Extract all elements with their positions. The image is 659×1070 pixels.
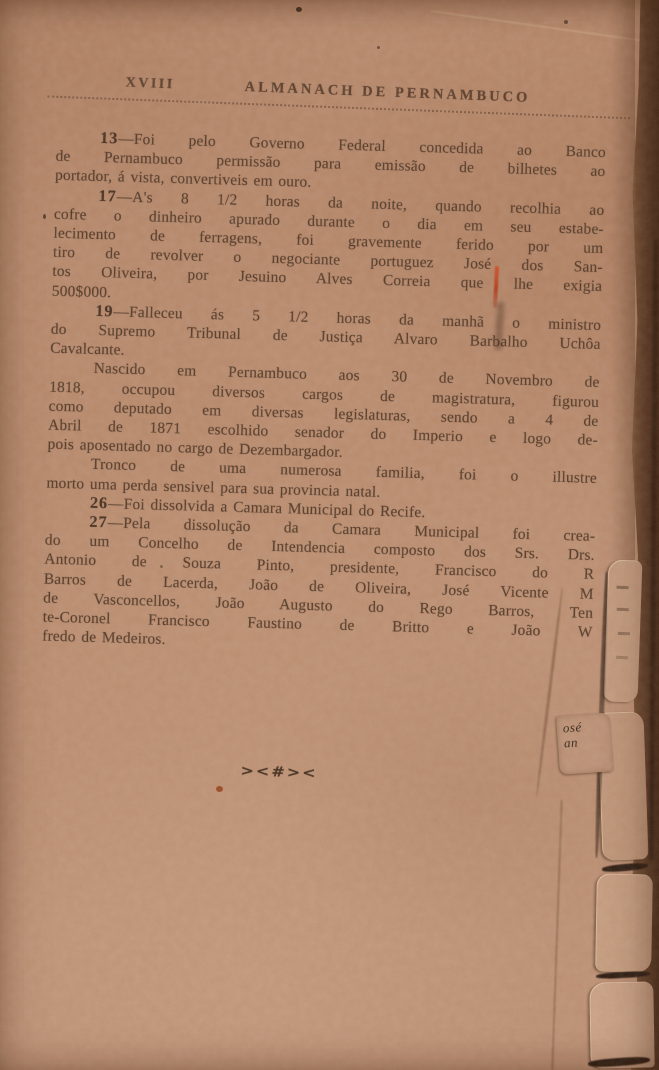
rust-speck	[216, 786, 223, 792]
torn-paper-layer	[604, 559, 643, 702]
speck	[43, 214, 46, 219]
speck	[377, 46, 380, 49]
page-number: XVIII	[125, 75, 175, 93]
section-ornament: ><#><	[240, 762, 331, 782]
entry-number: 13	[100, 129, 119, 148]
torn-text-fragment: osé an	[556, 712, 614, 775]
entry-number: 19	[95, 302, 114, 321]
printed-content: XVIII ALMANACH DE PERNAMBUCO 13—Foi pelo…	[28, 71, 613, 790]
entry-number: 17	[98, 187, 117, 206]
running-title: ALMANACH DE PERNAMBUCO	[244, 79, 530, 107]
entry-number: 26	[90, 494, 109, 513]
torn-paper-layer	[595, 874, 653, 973]
text-block: 13—Foi pelo Governo Federal concedida ao…	[32, 127, 612, 661]
scanned-book-page: XVIII ALMANACH DE PERNAMBUCO 13—Foi pelo…	[0, 0, 659, 1070]
torn-paper-layer	[589, 981, 654, 1068]
entry-number: 27	[89, 513, 108, 532]
fragment-text: an	[563, 732, 612, 750]
edge-shadow	[611, 0, 635, 560]
speck	[160, 565, 163, 568]
speck	[296, 7, 302, 12]
speck	[564, 20, 568, 24]
